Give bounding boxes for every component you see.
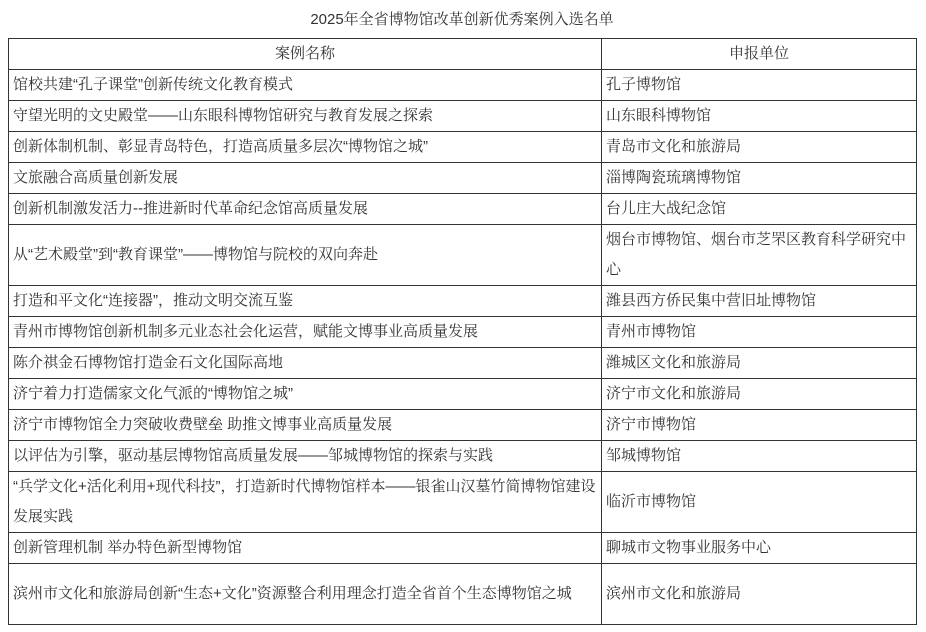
- org-cell: 邹城博物馆: [602, 441, 917, 472]
- table-row: 济宁着力打造儒家文化气派的“博物馆之城” 济宁市文化和旅游局: [9, 379, 917, 410]
- case-name-cell: 创新机制激发活力--推进新时代革命纪念馆高质量发展: [9, 194, 602, 225]
- case-name-cell: 文旅融合高质量创新发展: [9, 163, 602, 194]
- table-row: “兵学文化+活化利用+现代科技”，打造新时代博物馆样本——银雀山汉墓竹简博物馆建…: [9, 472, 917, 533]
- table-row: 创新管理机制 举办特色新型博物馆 聊城市文物事业服务中心: [9, 533, 917, 564]
- org-cell: 淄博陶瓷琉璃博物馆: [602, 163, 917, 194]
- table-row: 济宁市博物馆全力突破收费壁垒 助推文博事业高质量发展 济宁市博物馆: [9, 410, 917, 441]
- org-cell: 潍城区文化和旅游局: [602, 348, 917, 379]
- table-row: 文旅融合高质量创新发展 淄博陶瓷琉璃博物馆: [9, 163, 917, 194]
- org-cell: 聊城市文物事业服务中心: [602, 533, 917, 564]
- case-name-cell: 青州市博物馆创新机制多元业态社会化运营，赋能文博事业高质量发展: [9, 317, 602, 348]
- case-name-cell: 守望光明的文史殿堂——山东眼科博物馆研究与教育发展之探索: [9, 101, 602, 132]
- column-header-org: 申报单位: [602, 39, 917, 70]
- case-name-cell: 以评估为引擎，驱动基层博物馆高质量发展——邹城博物馆的探索与实践: [9, 441, 602, 472]
- table-row: 创新体制机制、彰显青岛特色，打造高质量多层次“博物馆之城” 青岛市文化和旅游局: [9, 132, 917, 163]
- org-cell: 潍县西方侨民集中营旧址博物馆: [602, 286, 917, 317]
- cases-table: 案例名称 申报单位 馆校共建“孔子课堂”创新传统文化教育模式 孔子博物馆 守望光…: [8, 38, 917, 625]
- org-cell: 临沂市博物馆: [602, 472, 917, 533]
- org-cell: 台儿庄大战纪念馆: [602, 194, 917, 225]
- table-row: 从“艺术殿堂”到“教育课堂”——博物馆与院校的双向奔赴 烟台市博物馆、烟台市芝罘…: [9, 225, 917, 286]
- org-cell: 青州市博物馆: [602, 317, 917, 348]
- table-row: 馆校共建“孔子课堂”创新传统文化教育模式 孔子博物馆: [9, 70, 917, 101]
- case-name-cell: 创新体制机制、彰显青岛特色，打造高质量多层次“博物馆之城”: [9, 132, 602, 163]
- page-title: 2025年全省博物馆改革创新优秀案例入选名单: [8, 12, 916, 28]
- case-name-cell: 济宁市博物馆全力突破收费壁垒 助推文博事业高质量发展: [9, 410, 602, 441]
- case-name-cell: 滨州市文化和旅游局创新“生态+文化”资源整合利用理念打造全省首个生态博物馆之城: [9, 564, 602, 625]
- case-name-cell: 打造和平文化“连接器”，推动文明交流互鉴: [9, 286, 602, 317]
- case-name-cell: 陈介祺金石博物馆打造金石文化国际高地: [9, 348, 602, 379]
- column-header-case-name: 案例名称: [9, 39, 602, 70]
- case-name-cell: 馆校共建“孔子课堂”创新传统文化教育模式: [9, 70, 602, 101]
- org-cell: 青岛市文化和旅游局: [602, 132, 917, 163]
- org-cell: 山东眼科博物馆: [602, 101, 917, 132]
- org-cell: 孔子博物馆: [602, 70, 917, 101]
- org-cell: 济宁市博物馆: [602, 410, 917, 441]
- table-row: 滨州市文化和旅游局创新“生态+文化”资源整合利用理念打造全省首个生态博物馆之城 …: [9, 564, 917, 625]
- table-row: 青州市博物馆创新机制多元业态社会化运营，赋能文博事业高质量发展 青州市博物馆: [9, 317, 917, 348]
- case-name-cell: 创新管理机制 举办特色新型博物馆: [9, 533, 602, 564]
- table-row: 以评估为引擎，驱动基层博物馆高质量发展——邹城博物馆的探索与实践 邹城博物馆: [9, 441, 917, 472]
- table-row: 创新机制激发活力--推进新时代革命纪念馆高质量发展 台儿庄大战纪念馆: [9, 194, 917, 225]
- org-cell: 济宁市文化和旅游局: [602, 379, 917, 410]
- table-row: 守望光明的文史殿堂——山东眼科博物馆研究与教育发展之探索 山东眼科博物馆: [9, 101, 917, 132]
- case-name-cell: 从“艺术殿堂”到“教育课堂”——博物馆与院校的双向奔赴: [9, 225, 602, 286]
- case-name-cell: 济宁着力打造儒家文化气派的“博物馆之城”: [9, 379, 602, 410]
- table-header-row: 案例名称 申报单位: [9, 39, 917, 70]
- table-row: 陈介祺金石博物馆打造金石文化国际高地 潍城区文化和旅游局: [9, 348, 917, 379]
- case-name-cell: “兵学文化+活化利用+现代科技”，打造新时代博物馆样本——银雀山汉墓竹简博物馆建…: [9, 472, 602, 533]
- org-cell: 滨州市文化和旅游局: [602, 564, 917, 625]
- org-cell: 烟台市博物馆、烟台市芝罘区教育科学研究中心: [602, 225, 917, 286]
- table-row: 打造和平文化“连接器”，推动文明交流互鉴 潍县西方侨民集中营旧址博物馆: [9, 286, 917, 317]
